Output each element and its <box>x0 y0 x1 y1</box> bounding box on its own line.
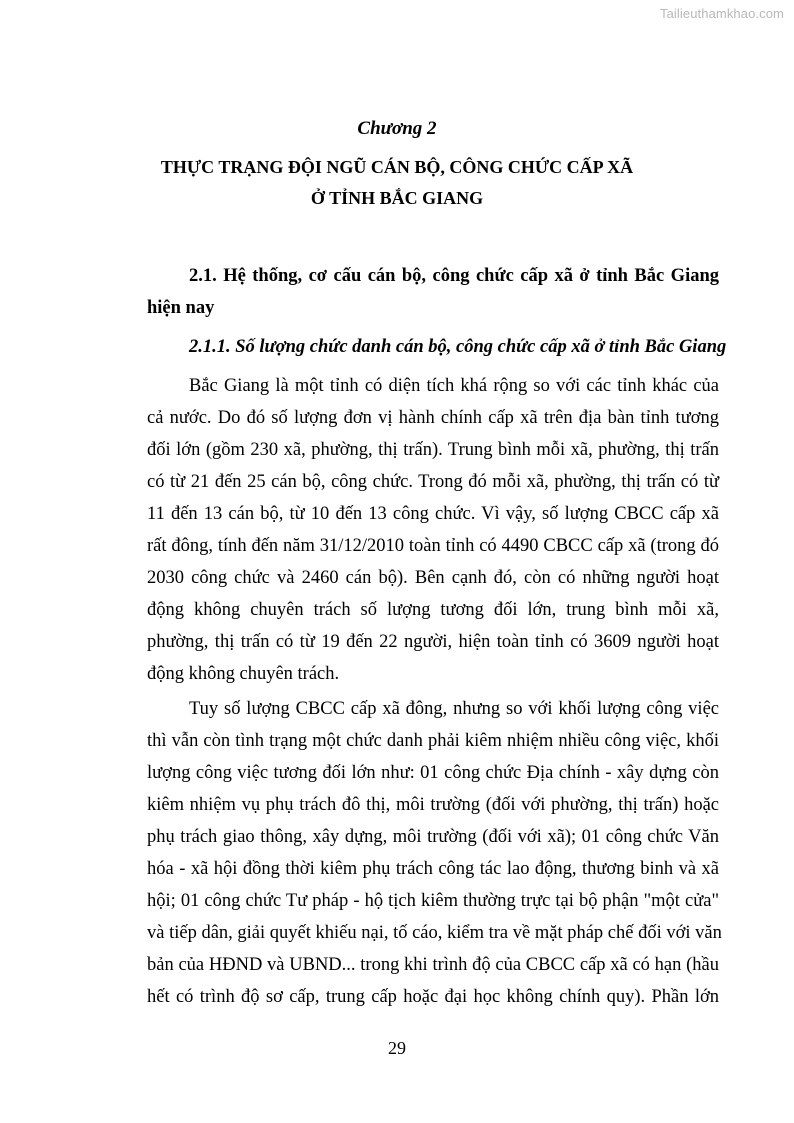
paragraph-2-line: và tiếp dân, giải quyết khiếu nại, tố cá… <box>147 921 719 945</box>
paragraph-2-line: bản của HĐND và UBND... trong khi trình … <box>147 953 719 977</box>
paragraph-1-line: Bắc Giang là một tỉnh có diện tích khá r… <box>189 374 719 398</box>
chapter-title-line-2: Ở TỈNH BẮC GIANG <box>0 188 794 209</box>
paragraph-1-line: có từ 21 đến 25 cán bộ, công chức. Trong… <box>147 470 719 494</box>
watermark: Tailieuthamkhao.com <box>660 6 784 21</box>
page-number: 29 <box>0 1038 794 1059</box>
paragraph-1-line: đối lớn (gồm 230 xã, phường, thị trấn). … <box>147 438 719 462</box>
paragraph-1-line: động không chuyên trách số lượng tương đ… <box>147 598 719 622</box>
chapter-title-line-1: THỰC TRẠNG ĐỘI NGŨ CÁN BỘ, CÔNG CHỨC CẤP… <box>0 157 794 178</box>
paragraph-2-line: hội; 01 công chức Tư pháp - hộ tịch kiêm… <box>147 889 719 913</box>
paragraph-1-line: động không chuyên trách. <box>147 662 719 686</box>
paragraph-2-line: hóa - xã hội đồng thời kiêm phụ trách cô… <box>147 857 719 881</box>
section-heading-line-1: 2.1. Hệ thống, cơ cấu cán bộ, công chức … <box>189 264 719 288</box>
paragraph-2-line: hết có trình độ sơ cấp, trung cấp hoặc đ… <box>147 985 719 1009</box>
paragraph-2-line: phụ trách giao thông, xây dựng, môi trườ… <box>147 825 719 849</box>
paragraph-1-line: rất đông, tính đến năm 31/12/2010 toàn t… <box>147 534 719 558</box>
paragraph-1-line: phường, thị trấn có từ 19 đến 22 người, … <box>147 630 719 654</box>
paragraph-2-line: Tuy số lượng CBCC cấp xã đông, nhưng so … <box>189 697 719 721</box>
paragraph-2-line: thì vẫn còn tình trạng một chức danh phả… <box>147 729 719 753</box>
paragraph-2-line: lượng công việc tương đối lớn như: 01 cô… <box>147 761 719 785</box>
paragraph-1-line: cả nước. Do đó số lượng đơn vị hành chín… <box>147 406 719 430</box>
subsection-heading: 2.1.1. Số lượng chức danh cán bộ, công c… <box>189 335 719 359</box>
paragraph-1-line: 2030 công chức và 2460 cán bộ). Bên cạnh… <box>147 566 719 590</box>
chapter-label: Chương 2 <box>0 118 794 140</box>
paragraph-1-line: 11 đến 13 cán bộ, từ 10 đến 13 công chức… <box>147 502 719 526</box>
paragraph-2-line: kiêm nhiệm vụ phụ trách đô thị, môi trườ… <box>147 793 719 817</box>
section-heading-line-2: hiện nay <box>147 296 719 320</box>
